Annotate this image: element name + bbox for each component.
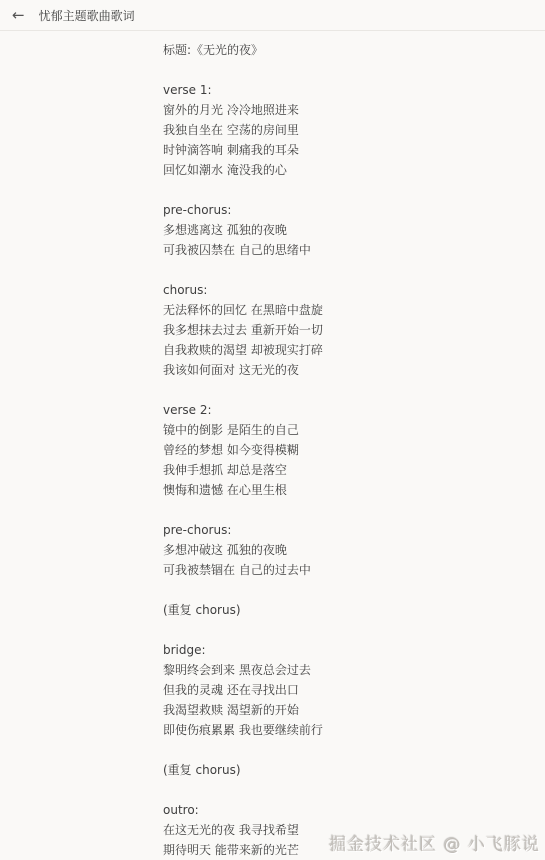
lyric-line: (重复 chorus)	[163, 600, 545, 620]
section-label: bridge:	[163, 640, 545, 660]
lyric-line: 我渴望救赎 渴望新的开始	[163, 700, 545, 720]
lyric-section: verse 1:窗外的月光 冷冷地照进来我独自坐在 空荡的房间里时钟滴答响 刺痛…	[163, 80, 545, 180]
page: ← 忧郁主题歌曲歌词 标题:《无光的夜》 verse 1:窗外的月光 冷冷地照进…	[0, 0, 545, 860]
lyric-line: 我该如何面对 这无光的夜	[163, 360, 545, 380]
song-title-line: 标题:《无光的夜》	[163, 40, 545, 60]
watermark: 掘金技术社区 @ 小飞豚说	[329, 830, 540, 855]
back-arrow-icon[interactable]: ←	[12, 8, 25, 23]
lyric-line: 黎明终会到来 黑夜总会过去	[163, 660, 545, 680]
section-label: pre-chorus:	[163, 200, 545, 220]
lyric-line: 无法释怀的回忆 在黑暗中盘旋	[163, 300, 545, 320]
header-bar: ← 忧郁主题歌曲歌词	[0, 0, 545, 31]
section-label: outro:	[163, 800, 545, 820]
page-title: 忧郁主题歌曲歌词	[39, 7, 135, 24]
lyric-line: 多想冲破这 孤独的夜晚	[163, 540, 545, 560]
lyric-line: 我伸手想抓 却总是落空	[163, 460, 545, 480]
lyric-line: 即使伤痕累累 我也要继续前行	[163, 720, 545, 740]
lyric-line: 可我被囚禁在 自己的思绪中	[163, 240, 545, 260]
lyric-section: (重复 chorus)	[163, 760, 545, 780]
lyric-line: 但我的灵魂 还在寻找出口	[163, 680, 545, 700]
lyric-line: 我多想抹去过去 重新开始一切	[163, 320, 545, 340]
lyric-line: 多想逃离这 孤独的夜晚	[163, 220, 545, 240]
lyric-section: (重复 chorus)	[163, 600, 545, 620]
section-label: verse 2:	[163, 400, 545, 420]
lyric-line: 窗外的月光 冷冷地照进来	[163, 100, 545, 120]
lyric-line: 自我救赎的渴望 却被现实打碎	[163, 340, 545, 360]
lyric-section: verse 2:镜中的倒影 是陌生的自己曾经的梦想 如今变得模糊我伸手想抓 却总…	[163, 400, 545, 500]
lyric-line: 懊悔和遗憾 在心里生根	[163, 480, 545, 500]
lyrics-content: 标题:《无光的夜》 verse 1:窗外的月光 冷冷地照进来我独自坐在 空荡的房…	[0, 31, 545, 860]
lyric-section: pre-chorus:多想逃离这 孤独的夜晚可我被囚禁在 自己的思绪中	[163, 200, 545, 260]
lyric-section: pre-chorus:多想冲破这 孤独的夜晚可我被禁锢在 自己的过去中	[163, 520, 545, 580]
lyric-line: 回忆如潮水 淹没我的心	[163, 160, 545, 180]
section-label: chorus:	[163, 280, 545, 300]
lyrics-sections: verse 1:窗外的月光 冷冷地照进来我独自坐在 空荡的房间里时钟滴答响 刺痛…	[163, 80, 545, 860]
lyric-line: 镜中的倒影 是陌生的自己	[163, 420, 545, 440]
lyric-line: 我独自坐在 空荡的房间里	[163, 120, 545, 140]
section-label: pre-chorus:	[163, 520, 545, 540]
lyric-line: 可我被禁锢在 自己的过去中	[163, 560, 545, 580]
lyric-line: 曾经的梦想 如今变得模糊	[163, 440, 545, 460]
lyric-section: bridge:黎明终会到来 黑夜总会过去但我的灵魂 还在寻找出口我渴望救赎 渴望…	[163, 640, 545, 740]
lyric-line: (重复 chorus)	[163, 760, 545, 780]
lyric-section: chorus:无法释怀的回忆 在黑暗中盘旋我多想抹去过去 重新开始一切自我救赎的…	[163, 280, 545, 380]
lyric-line: 时钟滴答响 刺痛我的耳朵	[163, 140, 545, 160]
section-label: verse 1:	[163, 80, 545, 100]
